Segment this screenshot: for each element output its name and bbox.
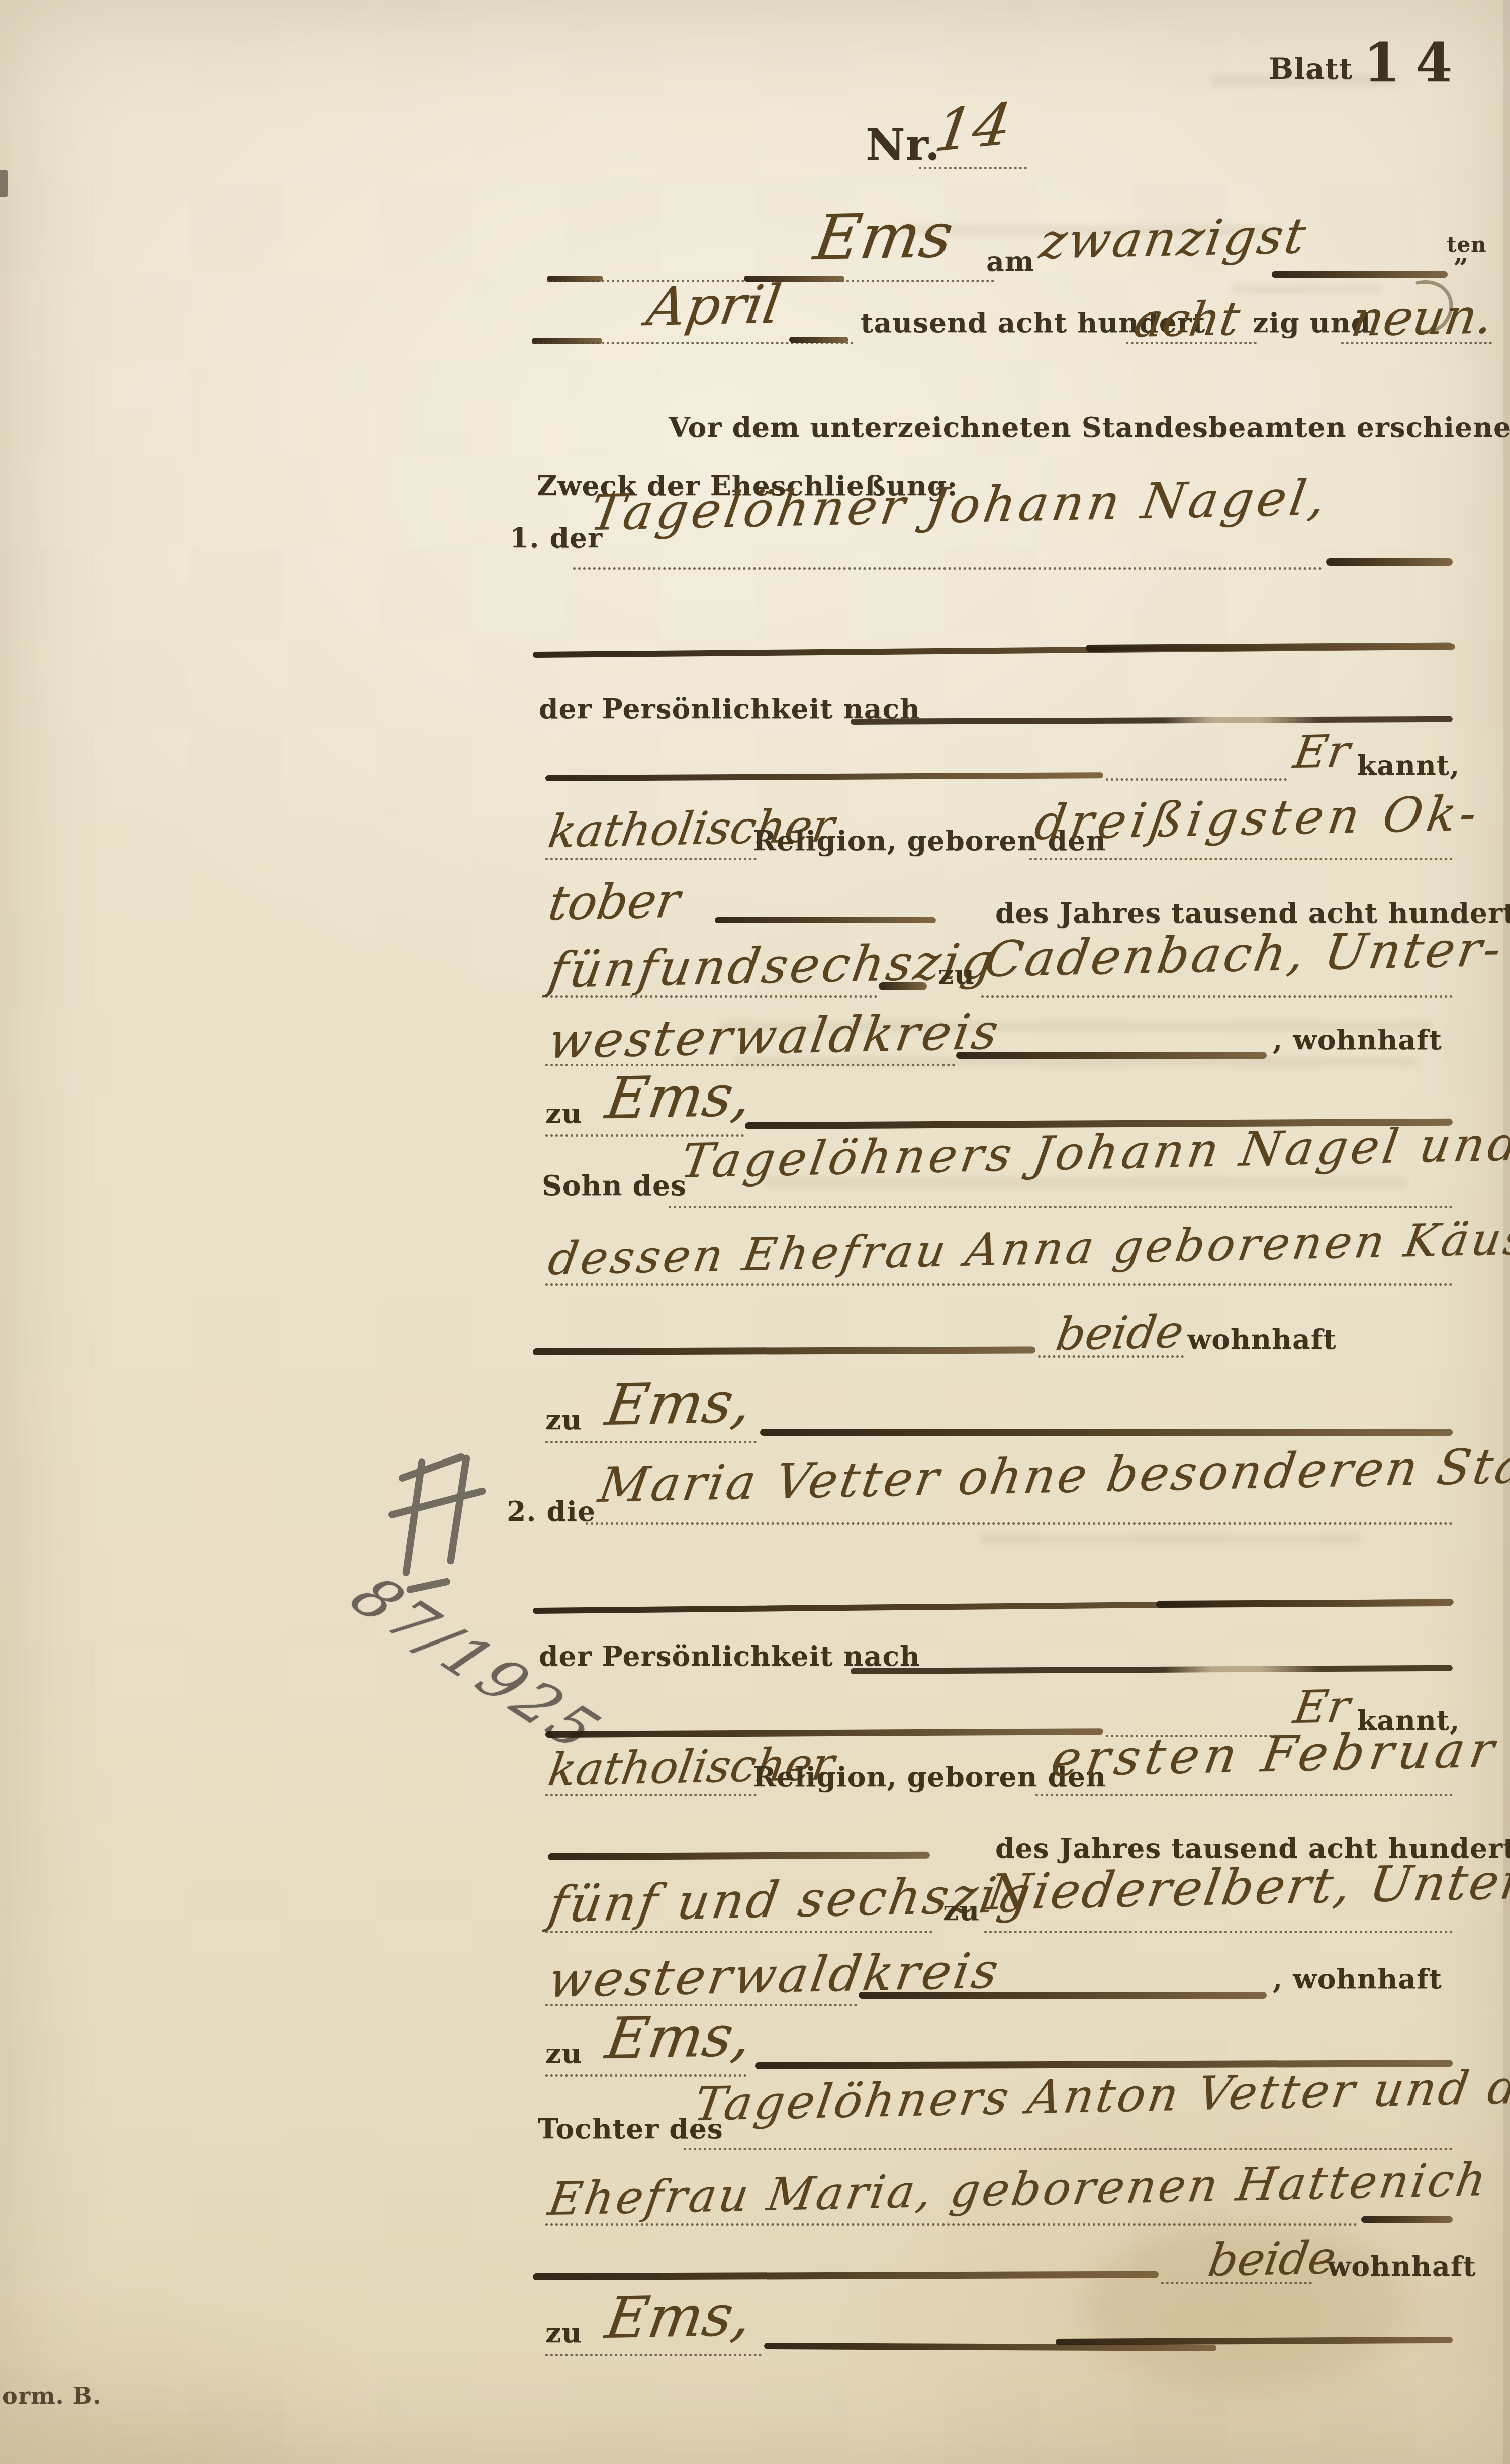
groom-both-hand: beide — [1053, 1310, 1186, 1357]
suffix-quote-mark: „ — [1454, 240, 1469, 266]
fill-line — [1341, 342, 1492, 344]
groom-birthplace-cont-hand: westerwaldkreis — [545, 1007, 1004, 1066]
ink-stroke — [1326, 558, 1453, 566]
ink-stroke — [1056, 2337, 1453, 2345]
fill-line — [669, 1206, 1453, 1208]
bride-residence2-hand: Ems, — [602, 2287, 756, 2347]
bride-name-hand: Maria Vetter ohne besonderen Stand, — [596, 1440, 1510, 1509]
groom-residence2-zu-printed: zu — [545, 1406, 582, 1433]
ink-stroke — [789, 337, 848, 343]
sheet-number: 14 — [1363, 36, 1468, 89]
bride-residence-hand: Ems, — [602, 2007, 756, 2067]
bride-recognized-hand: Er — [1291, 1684, 1353, 1730]
bride-both-hand: beide — [1205, 2236, 1339, 2284]
ink-stroke — [851, 1665, 1453, 1674]
fill-line — [981, 995, 1453, 998]
bride-birthplace-hand: Niederelbert, Unter- — [984, 1857, 1510, 1918]
form-code: orm. B. — [2, 2384, 102, 2407]
bride-birthday-hand: ersten Februar — [1048, 1725, 1502, 1784]
fill-line — [984, 1931, 1453, 1933]
ink-stroke — [715, 917, 936, 923]
groom-zu-printed: zu — [938, 960, 975, 988]
groom-name-hand: Tagelöhner Johann Nagel, — [587, 473, 1332, 538]
marriage-register-page: Blatt 14 Nr. 14 Ems am zwanzigst ten „ A… — [0, 0, 1510, 2464]
fill-line — [545, 2354, 762, 2356]
groom-father-hand: Tagelöhners Johann Nagel und — [678, 1121, 1510, 1185]
groom-mother-hand: dessen Ehefrau Anna geborenen Käuser — [545, 1215, 1510, 1282]
groom-birthday-cont-hand: tober — [545, 877, 683, 928]
groom-wohnhaft-printed: , wohnhaft — [1273, 1026, 1442, 1053]
ink-stroke — [956, 1052, 1267, 1059]
ink-stroke — [545, 772, 1103, 781]
fill-line — [545, 2223, 1357, 2226]
bride-father-hand: Tagelöhners Anton Vetter und dessen — [691, 2061, 1510, 2128]
scan-edge-artifact — [0, 170, 8, 197]
day-hand: zwanzigst — [1036, 212, 1311, 266]
bride-item-label: 2. die — [507, 1497, 596, 1525]
fill-line — [1029, 858, 1453, 860]
groom-resident-printed: wohnhaft — [1187, 1325, 1337, 1353]
groom-birthday-hand: dreißigsten Ok- — [1031, 790, 1484, 847]
fill-line — [545, 2074, 746, 2077]
ink-stroke — [859, 1992, 1267, 1999]
groom-birth-year-hand: fünfundsechszig — [545, 937, 999, 995]
groom-residence2-hand: Ems, — [602, 1374, 756, 1434]
ink-stroke — [1156, 1599, 1453, 1608]
groom-residence-hand: Ems, — [602, 1067, 756, 1127]
fill-line — [684, 2148, 1453, 2150]
groom-lineage-printed: Sohn des — [542, 1171, 687, 1199]
fill-line — [545, 1283, 1453, 1286]
fill-line — [586, 1522, 1453, 1525]
fill-line — [1126, 342, 1257, 344]
record-number-label: Nr. — [866, 124, 940, 167]
bride-residence2-zu-printed: zu — [545, 2319, 582, 2346]
fill-line — [545, 1794, 757, 1796]
ink-stroke — [1086, 643, 1453, 652]
ink-stroke — [533, 2271, 1159, 2280]
bride-zu-printed: zu — [943, 1896, 980, 1924]
fill-line — [573, 567, 1322, 570]
fill-line — [545, 1441, 757, 1443]
intro-line-1: Vor dem unterzeichneten Standesbeamten e… — [669, 413, 1510, 441]
groom-recognized-hand: Er — [1291, 729, 1353, 775]
place-hand: Ems — [810, 204, 957, 269]
month-hand: April — [643, 278, 784, 334]
ink-stroke — [545, 1728, 1103, 1738]
groom-recognized-printed: kannt, — [1357, 751, 1460, 779]
ink-stroke — [548, 1852, 930, 1860]
ink-stroke — [851, 716, 1453, 725]
bride-residence-zu-printed: zu — [545, 2039, 582, 2067]
bride-mother-hand: Ehefrau Maria, geborenen Hattenich — [545, 2157, 1491, 2222]
ink-stroke — [760, 1429, 1453, 1436]
bride-resident-printed: wohnhaft — [1327, 2252, 1476, 2280]
bride-wohnhaft-printed: , wohnhaft — [1273, 1965, 1442, 1992]
fill-line — [545, 995, 877, 998]
fill-line — [919, 167, 1027, 169]
record-number-hand: 14 — [931, 95, 1015, 161]
fill-line — [1106, 778, 1287, 781]
sheet-label: Blatt — [1269, 54, 1353, 83]
am-label: am — [986, 247, 1034, 275]
ink-stroke — [879, 982, 927, 990]
fill-line — [1035, 1794, 1453, 1796]
year-tens-hand: acht — [1131, 296, 1243, 345]
ink-stroke — [1361, 2216, 1453, 2223]
fill-line — [545, 858, 757, 860]
bride-identity-printed: der Persönlichkeit nach — [539, 1642, 920, 1670]
groom-birthplace-hand: Cadenbach, Unter- — [981, 925, 1507, 984]
groom-identity-printed: der Persönlichkeit nach — [539, 695, 920, 722]
fill-line — [545, 1931, 932, 1933]
ink-stroke — [533, 1347, 1035, 1355]
groom-residence-zu-printed: zu — [545, 1099, 582, 1127]
bleed-through-artifact — [980, 1534, 1362, 1543]
year-ones-hand: neun. — [1348, 292, 1496, 344]
